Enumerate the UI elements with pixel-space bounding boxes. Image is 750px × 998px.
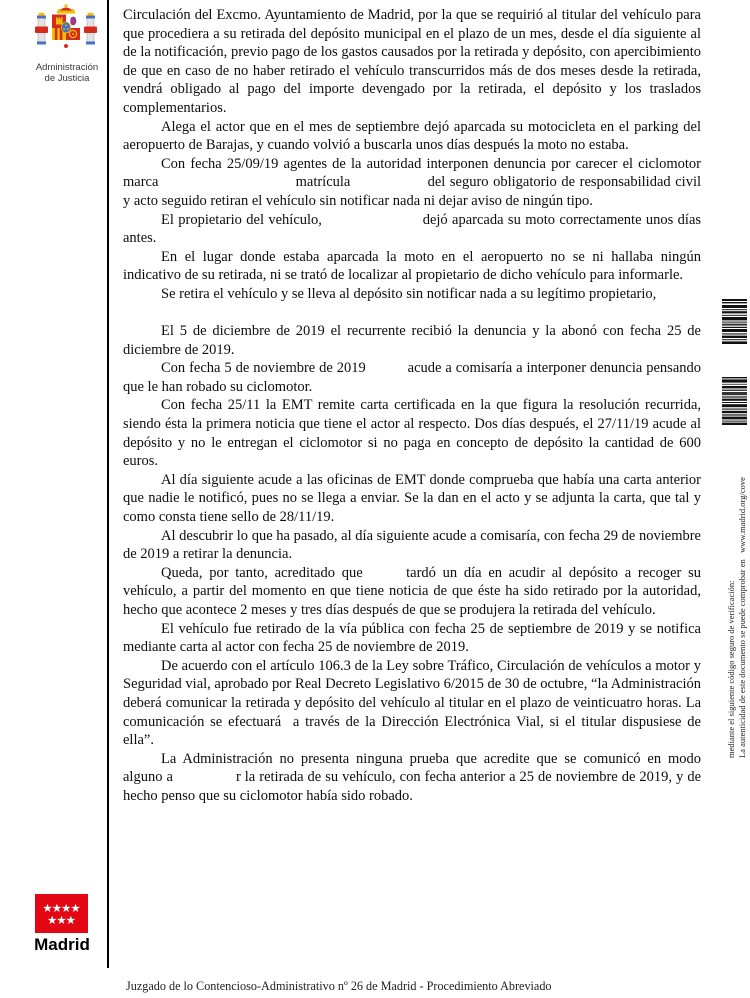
paragraph: De acuerdo con el artículo 106.3 de la L… [123,657,701,750]
paragraph: La Administración no presenta ninguna pr… [123,750,701,806]
administracion-de-justicia-label: Administración de Justicia [16,62,118,84]
star-icon: ★ [66,914,76,926]
paragraph: El vehículo fue retirado de la vía públi… [123,620,701,657]
admin-label-line2: de Justicia [16,73,118,84]
document-body: Circulación del Excmo. Ayuntamiento de M… [123,6,701,806]
star-row: ★★★ [48,914,76,926]
paragraph: Circulación del Excmo. Ayuntamiento de M… [123,6,701,118]
redaction-gap [163,185,291,186]
paragraph: En el lugar donde estaba aparcada la mot… [123,248,701,285]
paragraph: Con fecha 25/11 la EMT remite carta cert… [123,396,701,470]
paragraph: Al día siguiente acude a las oficinas de… [123,471,701,527]
redaction-gap [369,576,399,577]
footer-court-title: Juzgado de lo Contencioso-Administrativo… [126,979,726,994]
page: { "sidebar": { "admin_label_line1": "Adm… [0,0,750,998]
verification-text-line1: La autenticidad de este documento se pue… [737,477,747,758]
spain-coat-of-arms-icon [34,4,98,60]
redaction-gap [370,371,404,372]
paragraph: Alega el actor que en el mes de septiemb… [123,118,701,155]
paragraph: El 5 de diciembre de 2019 el recurrente … [123,322,701,359]
star-icon: ★ [70,902,80,914]
paragraph: Con fecha 5 de noviembre de 2019 acude a… [123,359,701,396]
barcode-icon [722,299,747,344]
vertical-divider-rule [107,0,109,968]
redaction-gap [326,223,418,224]
madrid-logo-label: Madrid [18,935,106,955]
redaction-gap [177,780,232,781]
barcode-icon [722,377,747,425]
admin-label-line1: Administración [16,62,118,73]
verification-text-line2: mediante el siguiente código seguro de v… [726,581,736,759]
redaction-gap [355,185,423,186]
paragraph: Queda, por tanto, acreditado que tardó u… [123,564,701,620]
paragraph: Se retira el vehículo y se lleva al depó… [123,285,701,304]
madrid-flag-logo: ★★★★★★★ [35,894,88,933]
paragraph: Al descubrir lo que ha pasado, al día si… [123,527,701,564]
left-margin-column: Administración de Justicia ★★★★★★★ Madri… [0,0,107,998]
star-row: ★★★★ [43,902,80,914]
paragraph: Con fecha 25/09/19 agentes de la autorid… [123,155,701,211]
paragraph: El propietario del vehículo, dejó aparca… [123,211,701,248]
